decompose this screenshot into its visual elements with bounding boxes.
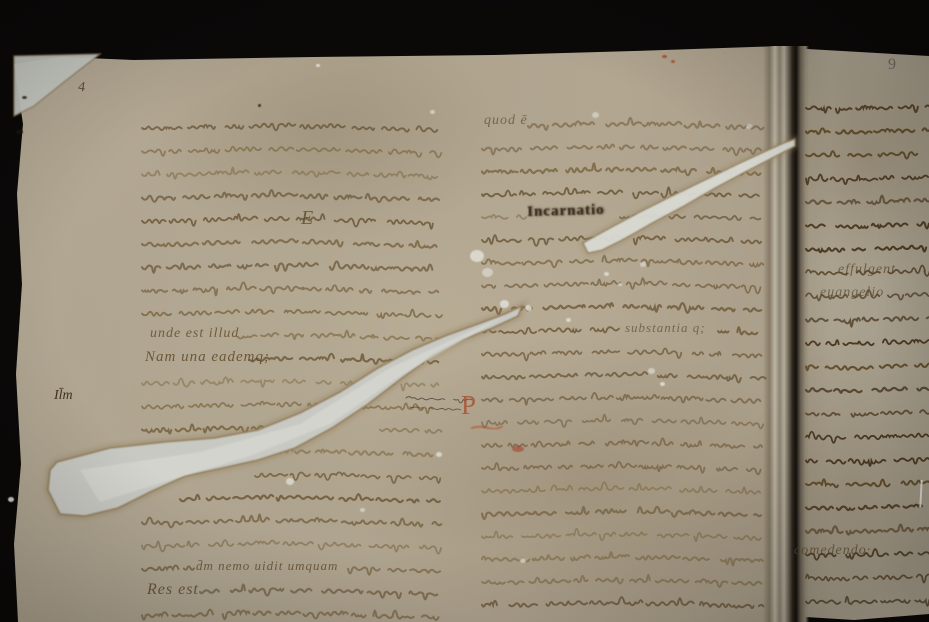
- photo-vignette: [0, 0, 929, 622]
- manuscript-photo: 4 9 Il̄m Incarnatio P quod ēEunde est il…: [0, 0, 929, 622]
